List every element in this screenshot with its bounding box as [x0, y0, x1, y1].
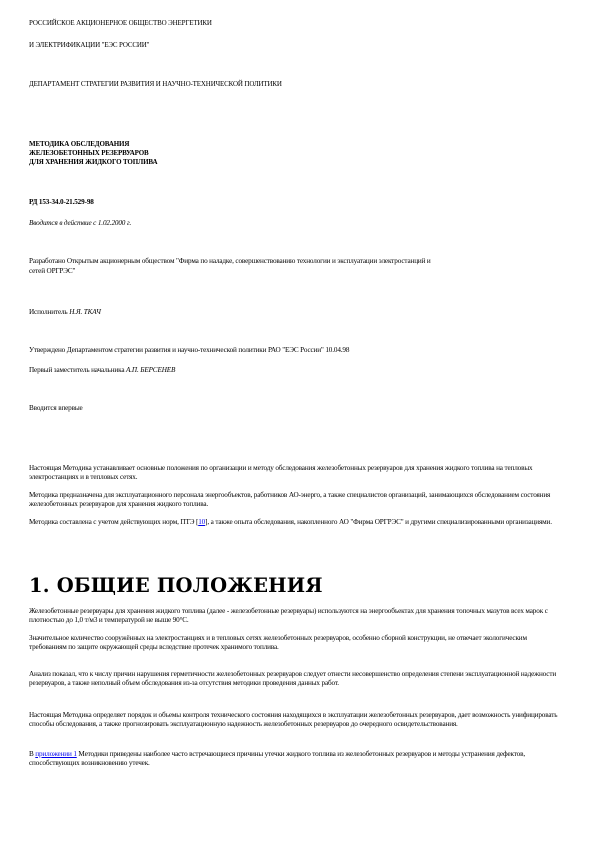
- deputy-label: Первый заместитель начальника: [29, 366, 126, 374]
- developed-by-line2: сетей ОРГРЭС": [29, 267, 75, 276]
- section-paragraph-4: Настоящая Методика определяет порядок и …: [29, 711, 564, 730]
- section-p5-text-end: Методики приведены наиболее часто встреч…: [29, 750, 525, 767]
- section-paragraph-2: Значительное количество сооружённых на э…: [29, 634, 564, 653]
- doc-title-line1: МЕТОДИКА ОБСЛЕДОВАНИЯ: [29, 140, 129, 149]
- doc-code: РД 153-34.0-21.529-98: [29, 198, 94, 207]
- approved-by: Утверждено Департаментом стратегии разви…: [29, 346, 349, 355]
- org-name-line2: И ЭЛЕКТРИФИКАЦИИ "ЕЭС РОССИИ": [29, 41, 149, 50]
- intro-p3-text-end: ], а также опыта обследования, накопленн…: [205, 518, 552, 526]
- executor: Исполнитель Н.Я. ТКАЧ: [29, 308, 101, 317]
- intro-paragraph-1: Настоящая Методика устанавливает основны…: [29, 464, 564, 483]
- deputy: Первый заместитель начальника А.П. БЕРСЕ…: [29, 366, 175, 375]
- section-paragraph-5: В приложении 1 Методики приведены наибол…: [29, 750, 564, 769]
- org-name-line1: РОССИЙСКОЕ АКЦИОНЕРНОЕ ОБЩЕСТВО ЭНЕРГЕТИ…: [29, 19, 212, 28]
- doc-title-line2: ЖЕЛЕЗОБЕТОННЫХ РЕЗЕРВУАРОВ: [29, 149, 149, 158]
- deputy-name: А.П. БЕРСЕНЕВ: [126, 366, 175, 374]
- intro-p3-text: Методика составлена с учетом действующих…: [29, 518, 198, 526]
- first-time-note: Вводится впервые: [29, 404, 83, 413]
- appendix-1-link[interactable]: приложении 1: [35, 750, 76, 758]
- executor-name: Н.Я. ТКАЧ: [69, 308, 101, 316]
- section-paragraph-1: Железобетонные резервуары для хранения ж…: [29, 607, 564, 626]
- section-paragraph-3: Анализ показал, что к числу причин наруш…: [29, 670, 564, 689]
- developed-by-line1: Разработано Открытым акционерным обществ…: [29, 257, 431, 266]
- section-heading: 1. ОБЩИЕ ПОЛОЖЕНИЯ: [29, 574, 323, 597]
- intro-paragraph-3: Методика составлена с учетом действующих…: [29, 518, 564, 527]
- intro-paragraph-2: Методика предназначена для эксплуатацион…: [29, 491, 564, 510]
- department-name: ДЕПАРТАМЕНТ СТРАТЕГИИ РАЗВИТИЯ И НАУЧНО-…: [29, 80, 282, 89]
- executor-label: Исполнитель: [29, 308, 69, 316]
- effective-date: Вводится в действие с 1.02.2000 г.: [29, 219, 131, 228]
- doc-title-line3: ДЛЯ ХРАНЕНИЯ ЖИДКОГО ТОПЛИВА: [29, 158, 157, 167]
